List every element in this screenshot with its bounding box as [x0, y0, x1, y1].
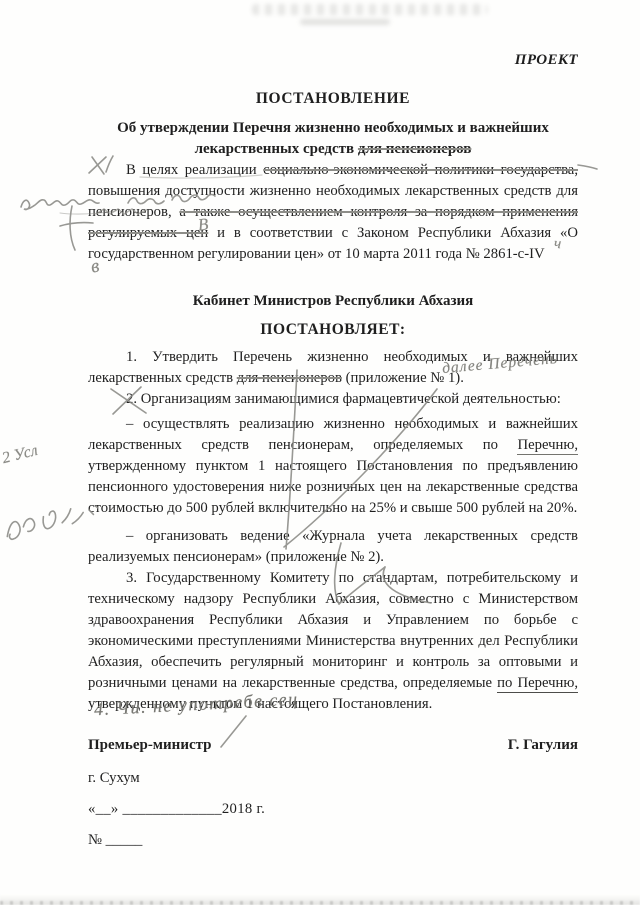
signature-row: Премьер-министрГ. Гагулия	[88, 735, 578, 756]
margin-scribble-p3	[42, 511, 57, 529]
bullet1-underlined-word: Перечню,	[517, 437, 578, 455]
item3-underlined-words: по Перечню,	[497, 675, 578, 693]
date-blank-line: «__» _____________2018 г.	[88, 799, 578, 820]
item1-seg2: (приложение № 1).	[342, 370, 464, 386]
preamble-paragraph: В целях реализации социально-экономическ…	[88, 160, 578, 265]
resolves-heading: ПОСТАНОВЛЯЕТ:	[88, 319, 578, 340]
scan-edge-artifact	[0, 891, 640, 905]
item3-seg2: утвержденному пунктом 1 настоящего Поста…	[88, 696, 432, 712]
preamble-struck-2: а также осуществлением контроля за поряд…	[179, 204, 578, 220]
title-line1: Об утверждении Перечня жизненно необходи…	[117, 120, 549, 136]
margin-vertical-stroke	[70, 206, 75, 250]
bullet1-seg1: – осуществлять реализацию жизненно необх…	[88, 416, 578, 453]
handwritten-margin-note-2: 2 Усл	[0, 442, 39, 468]
item-3-paragraph: 3. Государственному Комитету по стандарт…	[88, 568, 578, 715]
preamble-seg1: В целях реализации	[126, 162, 263, 178]
title-line2: лекарственных средств	[195, 141, 358, 157]
signer-name: Г. Гагулия	[508, 735, 578, 756]
item-1-paragraph: 1. Утвердить Перечень жизненно необходим…	[88, 347, 578, 389]
bullet1-seg2: утвержденному пунктом 1 настоящего Поста…	[88, 458, 578, 516]
margin-scribble-p5	[71, 512, 84, 523]
item1-struck-words: для пенсионеров	[237, 370, 342, 386]
margin-scribble-p4	[61, 509, 72, 523]
scanned-document-page: ПРОЕКТ ПОСТАНОВЛЕНИЕ Об утверждении Пере…	[0, 0, 640, 905]
document-title: Об утверждении Перечня жизненно необходи…	[88, 118, 578, 160]
document-type-heading: ПОСТАНОВЛЕНИЕ	[88, 88, 578, 109]
draft-label: ПРОЕКТ	[88, 50, 578, 71]
margin-scribble-p2	[23, 518, 36, 532]
item-2-bullet-2: – организовать ведение «Журнала учета ле…	[88, 526, 578, 568]
strike-tail-dash	[578, 165, 597, 169]
document-content: ПРОЕКТ ПОСТАНОВЛЕНИЕ Об утверждении Пере…	[88, 0, 578, 851]
authority-heading: Кабинет Министров Республики Абхазия	[88, 291, 578, 312]
item-2-bullet-1: – осуществлять реализацию жизненно необх…	[88, 414, 578, 519]
handwritten-margin-scribble	[5, 506, 100, 540]
city-line: г. Сухум	[88, 768, 578, 789]
margin-scribble-p1	[6, 521, 21, 540]
preamble-struck-3: регулируемых цен	[88, 225, 208, 241]
item3-seg1: 3. Государственному Комитету по стандарт…	[88, 570, 578, 691]
title-struck-words: для пенсионеров	[358, 141, 471, 157]
signer-position: Премьер-министр	[88, 735, 212, 756]
preamble-struck-1: социально-экономической политики государ…	[263, 162, 578, 178]
item-2-paragraph: 2. Организациям занимающимися фармацевти…	[88, 389, 578, 410]
number-blank-line: № _____	[88, 830, 578, 851]
